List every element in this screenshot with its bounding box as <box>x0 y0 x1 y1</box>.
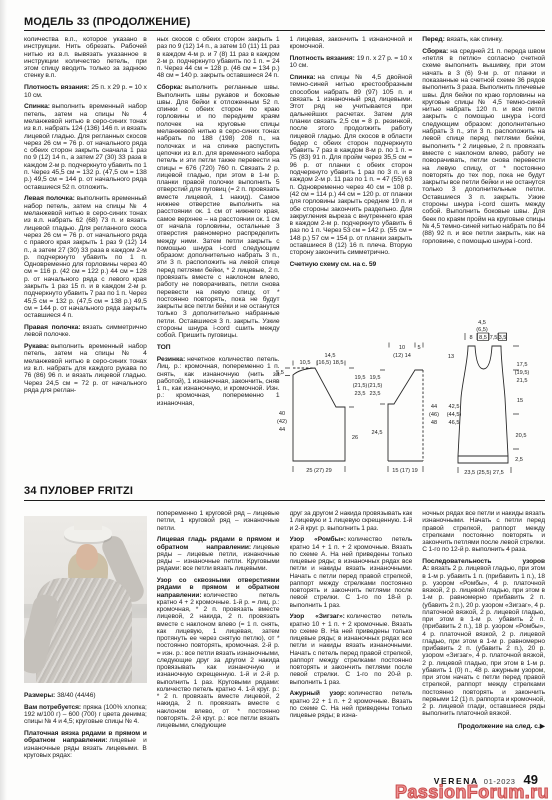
schematic-dimension-label: 44 <box>279 427 285 433</box>
schematic-dimension-label: 8,5 <box>479 335 487 341</box>
paragraph: количества в.п., которое указано в инстр… <box>24 36 147 80</box>
schematic-dimension-label: 42,5 <box>449 404 460 410</box>
model34-column-2: попеременно 1 круговой ряд – лицевые пет… <box>157 510 280 788</box>
paragraph: Счетную схему см. на с. 59 <box>290 261 413 268</box>
schematic-dimension-label: 3,5 <box>499 335 507 341</box>
continuation-note: Продолжение на след. с.▶ <box>422 722 545 730</box>
paragraph-text: 38/40 (44/46) <box>57 692 95 699</box>
paragraph: Резинка:нечетное количество петель. Лиц.… <box>157 356 280 407</box>
paragraph-lead: Плотность вязания: <box>24 84 89 91</box>
header-rule <box>24 30 545 31</box>
model34-col1-text: Размеры:38/40 (44/46)Вам потребуется:пря… <box>24 692 147 759</box>
paragraph-lead: Плотность вязания: <box>290 55 355 62</box>
paragraph-lead: Перед: <box>422 36 445 43</box>
schematic-dimension-label: 44 <box>431 404 437 410</box>
paragraph-lead: Спинка: <box>24 103 50 110</box>
paragraph-text: количество петель кратно 14 + 1 п. + 2 к… <box>290 536 413 608</box>
schematic-dimension-label: (21,5) <box>368 383 383 389</box>
schematic-dimension-label: 40 <box>279 411 285 417</box>
schematic-dimension-label: (42) <box>277 419 287 425</box>
paragraph: ТОП <box>157 344 280 351</box>
paragraph: Перед:вязать, как спинку. <box>422 36 545 43</box>
paragraph-lead: Рукава: <box>24 343 49 350</box>
paragraph-text: вязать 2 р. лицевой гладью, при этом в 1… <box>422 565 545 717</box>
schematic-dimension-label: 4,5 <box>478 320 486 326</box>
schematic-dimension-label: 5,5 <box>276 370 284 376</box>
schematic-dimension-label: 21,5 <box>517 378 528 384</box>
paragraph-text: ночных рядах все петли и накиды вязать и… <box>422 510 545 553</box>
paragraph-text: количество петель кратно 10 + 1 п. + 2 к… <box>290 613 413 685</box>
photo-hat-crown <box>74 516 102 530</box>
paragraph-text: выполнить регланные швы. Выполнить швы р… <box>157 84 280 339</box>
paragraph: Плотность вязания:19 п. х 27 р. = 10 х 1… <box>290 55 413 70</box>
paragraph: Плотность вязания:25 п. х 29 р. = 10 х 1… <box>24 84 147 99</box>
paragraph: ночных рядах все петли и накиды вязать и… <box>422 510 545 554</box>
paragraph-lead: Размеры: <box>24 692 55 699</box>
schematic-dimension-label: 26 <box>352 435 358 441</box>
paragraph-text: ных скосов с обеих сторон закрыть 1 раз … <box>157 36 280 79</box>
schematic-dimension-label: 10,5 <box>300 360 311 366</box>
schematic-dimension-label: (6,5) <box>476 327 488 333</box>
paragraph-text: на спицы № 4,5 двойной темно-синей нитью… <box>290 74 413 256</box>
paragraph-lead: Резинка: <box>157 356 185 363</box>
paragraph-lead: Ажурный узор: <box>290 690 347 697</box>
schematic-dimension-label: 10 <box>399 345 405 351</box>
watermark: PassionForum.ru <box>395 782 549 800</box>
paragraph: Размеры:38/40 (44/46) <box>24 692 147 699</box>
paragraph: Узор со сквозными отверстиями рядами в п… <box>157 577 280 729</box>
paragraph: Спинка:выполнить временный набор петель,… <box>24 103 147 191</box>
schematic-dimension-label: (12) 14 <box>393 353 411 359</box>
schematic-dimension-label: 23,5 (25,5) 27,5 <box>464 470 504 476</box>
paragraph: Правая полочка:вязать симметрично левой … <box>24 324 147 339</box>
schematic-dimension-label: 14,5 <box>325 353 336 359</box>
schematic-dimension-label: 17,5 <box>517 362 528 368</box>
model-photo <box>24 516 147 683</box>
model33-column-1: количества в.п., которое указано в инстр… <box>24 36 147 478</box>
schematic-dimension-label: (19,5) <box>515 370 530 376</box>
paragraph-text: 1 лицевая, закончить 1 изнаночной и кром… <box>290 36 413 50</box>
paragraph-lead: Узор «Ромбы»: <box>290 536 346 543</box>
paragraph: Последовательность узоров А:вязать 2 р. … <box>422 558 545 718</box>
page-edge-shadow <box>0 0 7 800</box>
paragraph-lead: Вам потребуется: <box>24 704 81 711</box>
model34-col4-text: ночных рядах все петли и накиды вязать и… <box>422 510 545 718</box>
paragraph: Левая полочка:выполнить временный набор … <box>24 195 147 319</box>
model34-column-3: друг за другом 2 накида провязывать как … <box>290 510 413 788</box>
paragraph: Спинка:на спицы № 4,5 двойной темно-сине… <box>290 74 413 256</box>
schematic-dimension-label: 23,5 <box>355 391 366 397</box>
paragraph: Сборка:на средней 21 п. переда швом «пет… <box>422 48 545 245</box>
paragraph: Узор «Зигзаг»:количество петель кратно 1… <box>290 613 413 686</box>
header-rule-2 <box>24 500 545 501</box>
model34-column-1: Размеры:38/40 (44/46)Вам потребуется:пря… <box>24 510 147 788</box>
paragraph: ных скосов с обеих сторон закрыть 1 раз … <box>157 36 280 80</box>
schematic-dimension-label: 15 (17) 19 <box>392 468 418 474</box>
paragraph-lead: Сборка: <box>157 84 183 91</box>
paragraph: Платочная вязка рядами в прямом и обратн… <box>24 730 147 759</box>
paragraph: 1 лицевая, закончить 1 изнаночной и кром… <box>290 36 413 51</box>
paragraph-text: выполнить временный набор петель, затем … <box>24 103 147 190</box>
paragraph-lead: Сборка: <box>422 48 448 55</box>
schematic-dimension-label: 13 <box>448 354 454 360</box>
schematic-dimension-label: 5 <box>417 345 420 351</box>
model34-column-4: ночных рядах все петли и накиды вязать и… <box>422 510 545 788</box>
schematic-dimension-label: (16,5) 18,5 <box>316 360 343 366</box>
schematic-dimension-label: 48 <box>431 420 437 426</box>
paragraph: Рукава:выполнить временный набор петель,… <box>24 343 147 394</box>
schematic-dimension-label: 15 <box>517 398 523 404</box>
paragraph: Вам потребуется:пряжа (100% хлопка; 192 … <box>24 704 147 726</box>
schematic-dimension-label: 20,5 <box>516 433 527 439</box>
schematic-dimension-label: (46) <box>429 412 439 418</box>
paragraph-text: количества в.п., которое указано в инстр… <box>24 36 147 79</box>
photo-face <box>76 544 98 570</box>
paragraph-text: попеременно 1 круговой ряд – лицевые пет… <box>157 510 280 532</box>
paragraph: Сборка:выполнить регланные швы. Выполнит… <box>157 84 280 339</box>
paragraph: Ажурный узор:количество петель кратно 22… <box>290 690 413 719</box>
paragraph-lead: Левая полочка: <box>24 195 75 202</box>
schematic-dimension-label: 19,5 <box>370 375 381 381</box>
paragraph-lead: ТОП <box>157 344 171 351</box>
paragraph-lead: Правая полочка: <box>24 324 80 331</box>
magazine-page: МОДЕЛЬ 33 (ПРОДОЛЖЕНИЕ) количества в.п.,… <box>0 0 552 800</box>
schematic-dimension-label: 24,5 <box>372 430 383 436</box>
schematic-dimension-label: (44,5) <box>447 412 462 418</box>
paragraph: Узор «Ромбы»:количество петель кратно 14… <box>290 536 413 609</box>
knitting-schematic-diagram: 10,514,5(16,5) 18,55,540(42)4419,5(21,5)… <box>272 318 552 478</box>
schematic-dimension-label: 25 (27) 29 <box>306 468 332 474</box>
paragraph-text: количество петель кратно 4 + 2 кромочные… <box>157 592 280 730</box>
paragraph-text: на средней 21 п. переда швом «петля в пе… <box>422 48 545 245</box>
paragraph: попеременно 1 круговой ряд – лицевые пет… <box>157 510 280 532</box>
section-header-model-33: МОДЕЛЬ 33 (ПРОДОЛЖЕНИЕ) <box>24 16 190 28</box>
paragraph-text: выполнить временный набор петель, затем … <box>24 195 147 319</box>
schematic-dimension-label: 23,5 <box>370 391 381 397</box>
paragraph: друг за другом 2 накида провязывать как … <box>290 510 413 532</box>
paragraph-text: выполнить временный набор петель, затем … <box>24 343 147 394</box>
model33-column-2: ных скосов с обеих сторон закрыть 1 раз … <box>157 36 280 478</box>
section-header-model-34: 34 ПУЛОВЕР FRITZI <box>24 485 133 497</box>
schematic-dimension-label: (21,5) <box>353 383 368 389</box>
paragraph-lead: Узор «Зигзаг»: <box>290 613 345 620</box>
schematic-dimension-label: 2,5 <box>515 457 523 463</box>
model34-text-columns: Размеры:38/40 (44/46)Вам потребуется:пря… <box>24 510 545 788</box>
paragraph-lead: Счетную схему см. на с. 59 <box>290 261 377 268</box>
schematic-dimension-label: 46,5 <box>449 420 460 426</box>
paragraph-text: вязать, как спинку. <box>447 36 503 43</box>
paragraph: Лицевая гладь рядами в прямом и обратном… <box>157 536 280 572</box>
schematic-dimension-label: 8 <box>469 335 472 341</box>
schematic-dimension-label: 7,5 <box>490 335 498 341</box>
paragraph-text: друг за другом 2 накида провязывать как … <box>290 510 413 532</box>
paragraph-text: нечетное количество петель. Лиц. р.: кро… <box>157 356 280 407</box>
schematic-dimension-label: 19,5 <box>355 375 366 381</box>
